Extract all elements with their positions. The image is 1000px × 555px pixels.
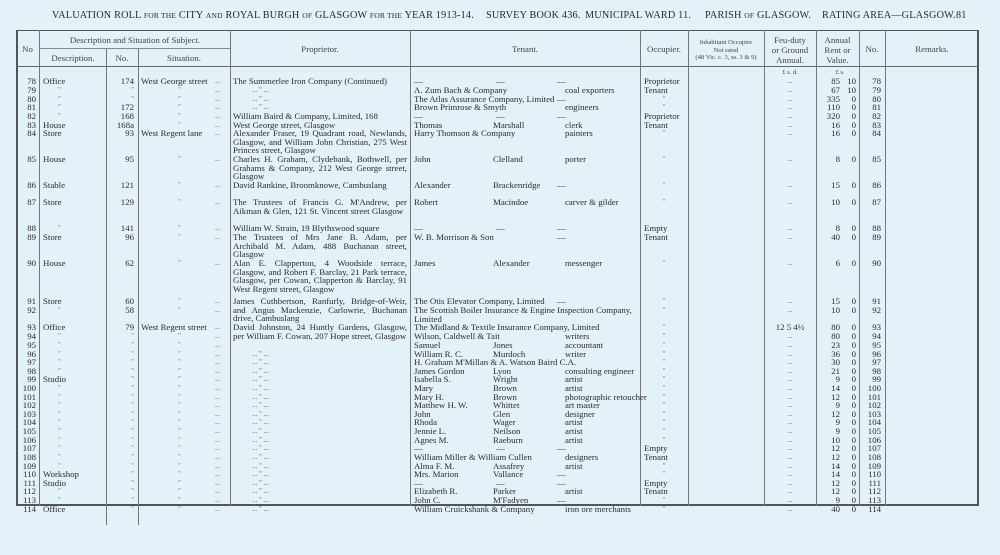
house-number: "	[108, 86, 134, 95]
leader-dots: ...	[215, 181, 220, 190]
header-no-2: No.	[859, 44, 885, 54]
description: "	[58, 358, 61, 367]
column-rule	[688, 30, 689, 506]
proprietor: David Rankine, Broomknowe, Cambuslang	[233, 181, 387, 190]
leader-dots: ...	[215, 496, 220, 505]
feu-duty: ...	[764, 453, 816, 462]
survey-book: SURVEY BOOK 436.	[486, 10, 581, 21]
feu-duty: ...	[764, 496, 816, 505]
tenant-occupation: artist	[565, 436, 583, 445]
proprietor: James Cuthbertson, Ranfurly, Bridge-of-W…	[233, 297, 407, 323]
situation: "	[178, 427, 181, 436]
leader-dots: ...	[215, 427, 220, 436]
row-number-2: 87	[860, 198, 881, 207]
feu-duty: ...	[764, 375, 816, 384]
tenant-surname: Alexander	[493, 259, 530, 268]
row-number: 92	[18, 306, 36, 315]
situation: "	[178, 401, 181, 410]
feu-duty: ...	[764, 401, 816, 410]
description: House	[43, 259, 65, 268]
leader-dots: ...	[215, 375, 220, 384]
rent-shillings: 0	[842, 306, 856, 315]
situation: "	[178, 86, 181, 95]
description: Office	[43, 77, 65, 86]
situation: "	[178, 297, 181, 306]
proprietor: ... " ...	[252, 496, 402, 505]
leader-dots: ...	[215, 198, 220, 207]
rent-pounds: 8	[818, 155, 840, 164]
row-number: 84	[18, 129, 36, 138]
parish-name: GLASGOW.	[757, 10, 811, 21]
house-number: "	[108, 427, 134, 436]
house-number: "	[108, 505, 134, 514]
feu-duty: ...	[764, 112, 816, 121]
header-feu-line3: Annual.	[764, 55, 816, 65]
parish-of: OF	[744, 11, 754, 20]
house-number: 62	[108, 259, 134, 268]
header-inhabitant-line3: (48 Vic. c. 3, ss. 3 & 9)	[688, 54, 764, 62]
feu-duty: ...	[764, 86, 816, 95]
proprietor: ... " ...	[252, 401, 402, 410]
proprietor: ... " ...	[252, 505, 402, 514]
tenant-occupation: artist	[565, 462, 583, 471]
occupier: "	[640, 384, 688, 393]
column-rule	[106, 49, 107, 525]
proprietor: ... " ...	[252, 427, 402, 436]
occupier: "	[640, 306, 688, 315]
header-occupier: Occupier.	[640, 44, 688, 54]
situation: "	[178, 155, 181, 164]
house-number: "	[108, 401, 134, 410]
header-remarks: Remarks.	[885, 44, 979, 54]
situation: West George street	[141, 77, 208, 86]
situation: "	[178, 384, 181, 393]
rent-pounds: 10	[818, 198, 840, 207]
leader-dots: ...	[215, 323, 220, 332]
situation: "	[178, 306, 181, 315]
occupier: "	[640, 332, 688, 341]
tenant-occupation: porter	[565, 155, 586, 164]
occupier: "	[640, 427, 688, 436]
feu-duty: ...	[764, 103, 816, 112]
header-feu-duty: Feu-duty or Ground Annual.	[764, 35, 816, 65]
rent-shillings: 0	[842, 181, 856, 190]
occupier: Tenant	[644, 86, 668, 95]
description: "	[58, 86, 61, 95]
leader-dots: ...	[215, 129, 220, 138]
tenant-surname: —	[496, 224, 505, 233]
leader-dots: ...	[215, 470, 220, 479]
rent-pounds: 10	[818, 306, 840, 315]
leader-dots: ...	[215, 358, 220, 367]
title-of: OF	[302, 11, 312, 20]
leader-dots: ...	[215, 86, 220, 95]
description: Office	[43, 505, 65, 514]
row-number-2: 85	[860, 155, 881, 164]
situation: "	[178, 112, 181, 121]
situation: "	[178, 496, 181, 505]
rent-pounds: 40	[818, 233, 840, 242]
tenant-surname: Clelland	[493, 155, 523, 164]
page-number: 81	[956, 10, 967, 21]
row-number-2: 92	[860, 306, 881, 315]
description: "	[58, 401, 61, 410]
rent-pounds: 40	[818, 505, 840, 514]
header-rent-line3: Value.	[816, 55, 859, 65]
house-number: "	[108, 384, 134, 393]
situation: "	[178, 181, 181, 190]
feu-duty: ...	[764, 505, 816, 514]
feu-duty: ...	[764, 487, 816, 496]
proprietor: ... " ...	[252, 358, 402, 367]
house-number: 96	[108, 233, 134, 242]
tenant-name: John	[414, 155, 431, 164]
description: Studio	[43, 479, 66, 488]
rent-shillings: 0	[842, 129, 856, 138]
occupier: "	[640, 401, 688, 410]
feu-duty: ...	[764, 297, 816, 306]
occupier: "	[640, 341, 688, 350]
leader-dots: ...	[215, 401, 220, 410]
row-number-2: 114	[860, 505, 881, 514]
feu-duty: ...	[764, 181, 816, 190]
leader-dots: ...	[215, 77, 220, 86]
title-glasgow: GLASGOW	[315, 10, 367, 21]
proprietor: Charles H. Graham, Clydebank, Bothwell, …	[233, 155, 407, 181]
house-number: "	[108, 470, 134, 479]
tenant-name: William Cruickshank & Company	[414, 505, 535, 514]
house-number: "	[108, 496, 134, 505]
title-for-the: FOR THE	[144, 11, 176, 20]
rent-shillings: 0	[842, 233, 856, 242]
description: Store	[43, 233, 62, 242]
proprietor: ... " ...	[252, 453, 402, 462]
header-rent-line2: Rent or	[816, 45, 859, 55]
title-year: YEAR 1913-14.	[405, 10, 474, 21]
row-number: 90	[18, 259, 36, 268]
tenant-name: Alexander	[414, 181, 451, 190]
title-text: VALUATION ROLL FOR THE CITY AND ROYAL BU…	[52, 10, 474, 21]
row-number-2: 86	[860, 181, 881, 190]
tenant-occupation: painters	[565, 129, 593, 138]
tenant-occupation: iron ore merchants	[565, 505, 631, 514]
description: "	[58, 341, 61, 350]
header-tenant: Tenant.	[410, 44, 640, 54]
proprietor: ... " ...	[252, 384, 402, 393]
occupier: "	[640, 375, 688, 384]
feu-duty: ...	[764, 470, 816, 479]
tenant-surname: Macindoe	[493, 198, 528, 207]
house-number: "	[108, 341, 134, 350]
header-inhabitant: Inhabitant Occupier Not rated (48 Vic. c…	[688, 39, 764, 62]
occupier: "	[640, 155, 688, 164]
proprietor: The Trustees of Mrs Jane B. Adam, per Ar…	[233, 233, 407, 259]
occupier: Tenant	[644, 453, 668, 462]
description: House	[43, 155, 65, 164]
feu-duty: ...	[764, 155, 816, 164]
proprietor: ... " ...	[252, 375, 402, 384]
description: "	[58, 444, 61, 453]
occupier: "	[640, 323, 688, 332]
tenant-occupation: coal exporters	[565, 86, 615, 95]
tenant-name: W. B. Morrison & Son	[414, 233, 494, 242]
proprietor: ... " ...	[252, 470, 402, 479]
leader-dots: ...	[215, 444, 220, 453]
proprietor: David Johnston, 24 Huntly Gardens, Glasg…	[233, 323, 407, 340]
occupier: "	[640, 496, 688, 505]
situation: "	[178, 198, 181, 207]
house-number: "	[108, 332, 134, 341]
feu-duty: ...	[764, 332, 816, 341]
header-proprietor: Proprietor.	[230, 44, 410, 54]
row-number-2: 84	[860, 129, 881, 138]
header-description: Description.	[40, 53, 106, 63]
situation: "	[178, 453, 181, 462]
occupier: Tenant	[644, 233, 668, 242]
situation: "	[178, 259, 181, 268]
leader-dots: ...	[215, 487, 220, 496]
house-number: 95	[108, 155, 134, 164]
tenant-occupation: engineers	[565, 103, 599, 112]
feu-duty: ...	[764, 418, 816, 427]
situation: "	[178, 418, 181, 427]
header-feu-line2: or Ground	[764, 45, 816, 55]
description: "	[58, 453, 61, 462]
house-number: "	[108, 487, 134, 496]
leader-dots: ...	[215, 103, 220, 112]
feu-duty: ...	[764, 341, 816, 350]
proprietor: ... " ...	[252, 418, 402, 427]
tenant-name: The Scottish Boiler Insurance & Engine I…	[414, 306, 634, 323]
situation: "	[178, 332, 181, 341]
title-for-the-2: FOR THE	[370, 11, 402, 20]
leader-dots: ...	[215, 259, 220, 268]
house-number: 121	[108, 181, 134, 190]
leader-dots: ...	[215, 384, 220, 393]
proprietor: Alan E. Clapperton, 4 Woodside terrace, …	[233, 259, 407, 294]
row-number: 87	[18, 198, 36, 207]
house-number: 174	[108, 77, 134, 86]
description: Store	[43, 198, 62, 207]
feu-duty: ...	[764, 233, 816, 242]
column-rule	[816, 30, 817, 506]
leader-dots: ...	[215, 112, 220, 121]
house-number: 79	[108, 323, 134, 332]
tenant-occupation: messenger	[565, 259, 602, 268]
header-subrule	[40, 48, 230, 49]
header-inhabitant-line1: Inhabitant Occupier	[688, 39, 764, 47]
house-number: "	[108, 418, 134, 427]
rent-shillings: 0	[842, 198, 856, 207]
description: "	[58, 418, 61, 427]
header-annual-rent: Annual Rent or Value.	[816, 35, 859, 65]
row-number: 89	[18, 233, 36, 242]
rent-pounds: 16	[818, 129, 840, 138]
rent-shillings: 0	[842, 155, 856, 164]
tenant-name: Brown Primrose & Smyth	[414, 103, 506, 112]
feu-duty: ...	[764, 198, 816, 207]
feu-duty: ...	[764, 77, 816, 86]
proprietor: The Trustees of Francis G. M'Andrew, per…	[233, 198, 407, 215]
occupier: Tenatn	[644, 487, 668, 496]
feu-duty: ...	[764, 427, 816, 436]
feu-duty: ...	[764, 306, 816, 315]
situation: "	[178, 233, 181, 242]
column-rule	[885, 30, 886, 506]
proprietor: ... " ...	[252, 487, 402, 496]
header-number: No.	[106, 53, 138, 63]
feu-duty: ...	[764, 384, 816, 393]
header-feu-line1: Feu-duty	[764, 35, 816, 45]
situation: "	[178, 470, 181, 479]
occupier: "	[640, 181, 688, 190]
occupier: "	[640, 297, 688, 306]
title-burgh: ROYAL BURGH	[225, 10, 299, 21]
column-rule	[138, 49, 139, 525]
leader-dots: ...	[215, 233, 220, 242]
tenant-name: James	[414, 259, 436, 268]
column-rule	[410, 30, 411, 506]
feu-duty: ...	[764, 444, 816, 453]
occupier: "	[640, 418, 688, 427]
rent-pounds: 15	[818, 181, 840, 190]
feu-duty: ...	[764, 224, 816, 233]
description: "	[58, 306, 61, 315]
title-city: CITY	[179, 10, 203, 21]
row-number-2: 90	[860, 259, 881, 268]
leader-dots: ...	[215, 505, 220, 514]
situation: "	[178, 358, 181, 367]
title-main: VALUATION ROLL	[52, 10, 141, 21]
title-and: AND	[206, 11, 223, 20]
house-number: "	[108, 453, 134, 462]
row-number: 114	[18, 505, 36, 514]
leader-dots: ...	[215, 418, 220, 427]
feu-duty: 12 5 4½	[764, 323, 816, 332]
description: "	[58, 332, 61, 341]
leader-dots: ...	[215, 341, 220, 350]
house-number: "	[108, 358, 134, 367]
column-rule	[230, 30, 231, 506]
leader-dots: ...	[215, 297, 220, 306]
situation: "	[178, 103, 181, 112]
house-number: "	[108, 375, 134, 384]
proprietor: Alexander Fraser, 19 Quadrant road, Newl…	[233, 129, 407, 155]
situation: "	[178, 224, 181, 233]
description: "	[58, 103, 61, 112]
header-no: No	[16, 44, 39, 54]
header-description-group: Description and Situation of Subject.	[40, 35, 230, 45]
description: Store	[43, 297, 62, 306]
situation: West Regent lane	[141, 129, 202, 138]
description: "	[58, 384, 61, 393]
house-number: 58	[108, 306, 134, 315]
proprietor: The Summerlee Iron Company (Continued)	[233, 77, 387, 86]
feu-duty: ...	[764, 129, 816, 138]
leader-dots: ...	[215, 306, 220, 315]
header-situation: Situation.	[138, 53, 230, 63]
row-number-2: 89	[860, 233, 881, 242]
row-number: 86	[18, 181, 36, 190]
description: Store	[43, 129, 62, 138]
description: Office	[43, 323, 65, 332]
situation: "	[178, 375, 181, 384]
rent-pounds: 6	[818, 259, 840, 268]
header-inhabitant-line2: Not rated	[688, 47, 764, 55]
feu-duty: ...	[764, 358, 816, 367]
leader-dots: ...	[215, 453, 220, 462]
occupier: "	[640, 505, 688, 514]
description: Stable	[43, 181, 65, 190]
occupier: "	[640, 259, 688, 268]
municipal-ward: MUNICIPAL WARD 11.	[585, 10, 691, 21]
situation: "	[178, 487, 181, 496]
tenant-occupation: artist	[565, 487, 583, 496]
description: "	[58, 427, 61, 436]
tenant-occupation: —	[557, 233, 566, 242]
description: "	[58, 487, 61, 496]
column-rule	[39, 30, 40, 506]
rent-shillings: 0	[842, 259, 856, 268]
header-rent-line1: Annual	[816, 35, 859, 45]
proprietor: ... " ...	[252, 86, 402, 95]
row-number: 85	[18, 155, 36, 164]
situation: West Regent street	[141, 323, 207, 332]
occupier: "	[640, 358, 688, 367]
rent-shillings: 0	[842, 505, 856, 514]
leader-dots: ...	[215, 332, 220, 341]
description: Studio	[43, 375, 66, 384]
leader-dots: ...	[215, 155, 220, 164]
situation: "	[178, 341, 181, 350]
tenant-occupation: carver & gilder	[565, 198, 619, 207]
situation: "	[178, 505, 181, 514]
house-number: 129	[108, 198, 134, 207]
occupier: "	[640, 198, 688, 207]
feu-duty: ...	[764, 259, 816, 268]
occupier: "	[640, 129, 688, 138]
leader-dots: ...	[215, 224, 220, 233]
parish-label: PARISH	[705, 10, 742, 21]
parish: PARISH OF GLASGOW.	[705, 10, 811, 21]
rating-area: RATING AREA—GLASGOW.	[822, 10, 956, 21]
house-number: "	[108, 444, 134, 453]
tenant-name: Robert	[414, 198, 438, 207]
tenant-name: Harry Thomson & Company	[414, 129, 515, 138]
proprietor: ... " ...	[252, 444, 402, 453]
situation: "	[178, 444, 181, 453]
house-number: 93	[108, 129, 134, 138]
tenant-surname: Brackenridge	[493, 181, 540, 190]
tenant-occupation: —	[557, 181, 566, 190]
